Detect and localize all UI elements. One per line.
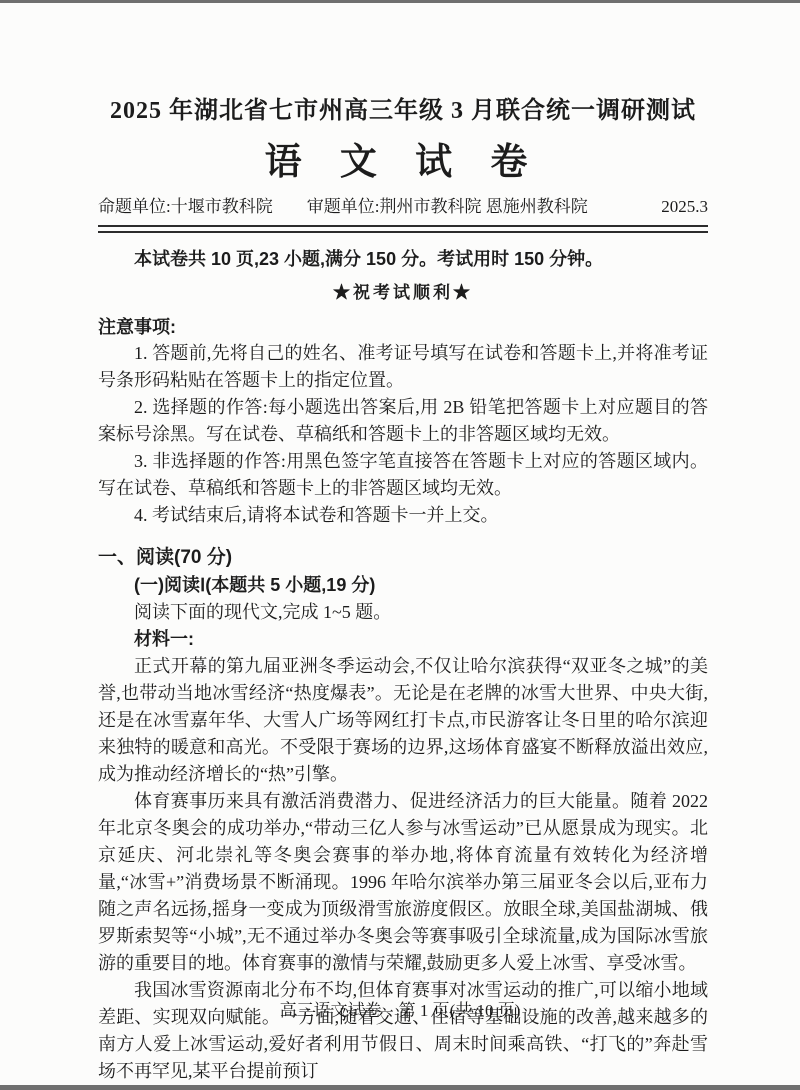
material-paragraph-1: 正式开幕的第九届亚洲冬季运动会,不仅让哈尔滨获得“双亚冬之城”的美誉,也带动当地…: [98, 653, 708, 788]
exam-date: 2025.3: [661, 196, 708, 218]
notice-item-4: 4. 考试结束后,请将本试卷和答题卡一并上交。: [98, 502, 708, 529]
material-paragraph-3: 我国冰雪资源南北分布不均,但体育赛事对冰雪运动的推广,可以缩小地域差距、实现双向…: [98, 977, 708, 1085]
exam-info: 本试卷共 10 页,23 小题,满分 150 分。考试用时 150 分钟。: [98, 246, 708, 272]
notice-item-1: 1. 答题前,先将自己的姓名、准考证号填写在试卷和答题卡上,并将准考证号条形码粘…: [98, 340, 708, 394]
notice-title: 注意事项:: [98, 314, 708, 340]
scan-edge-bottom: [0, 1085, 800, 1090]
exam-wish: ★祝考试顺利★: [98, 281, 708, 305]
document-title: 2025 年湖北省七市州高三年级 3 月联合统一调研测试: [98, 96, 708, 126]
section-title-reading: 一、阅读(70 分): [98, 544, 708, 572]
scan-edge-top: [0, 0, 800, 3]
notice-item-2: 2. 选择题的作答:每小题选出答案后,用 2B 铅笔把答题卡上对应题目的答案标号…: [98, 394, 708, 448]
notice-item-3: 3. 非选择题的作答:用黑色签字笔直接答在答题卡上对应的答题区域内。写在试卷、草…: [98, 448, 708, 502]
exam-paper-page: 2025 年湖北省七市州高三年级 3 月联合统一调研测试 语 文 试 卷 命题单…: [0, 0, 800, 1090]
material-one-label: 材料一:: [98, 626, 708, 653]
reviewer-unit: 审题单位:荆州市教科院 恩施州教科院: [307, 196, 588, 218]
setter-row: 命题单位:十堰市教科院 审题单位:荆州市教科院 恩施州教科院 2025.3: [98, 196, 708, 218]
material-paragraph-2: 体育赛事历来具有激活消费潜力、促进经济活力的巨大能量。随着 2022 年北京冬奥…: [98, 788, 708, 977]
setter-unit: 命题单位:十堰市教科院: [98, 196, 273, 218]
reading-instruction: 阅读下面的现代文,完成 1~5 题。: [98, 599, 708, 626]
header-divider: [98, 225, 708, 233]
page-footer: 高三语文试卷 第 1 页(共 10 页): [0, 1000, 800, 1022]
subsection-title-reading-1: (一)阅读Ⅰ(本题共 5 小题,19 分): [98, 572, 708, 599]
setter-units: 命题单位:十堰市教科院 审题单位:荆州市教科院 恩施州教科院: [98, 196, 588, 218]
subject-title: 语 文 试 卷: [98, 140, 708, 184]
page-content: 2025 年湖北省七市州高三年级 3 月联合统一调研测试 语 文 试 卷 命题单…: [0, 0, 800, 1085]
